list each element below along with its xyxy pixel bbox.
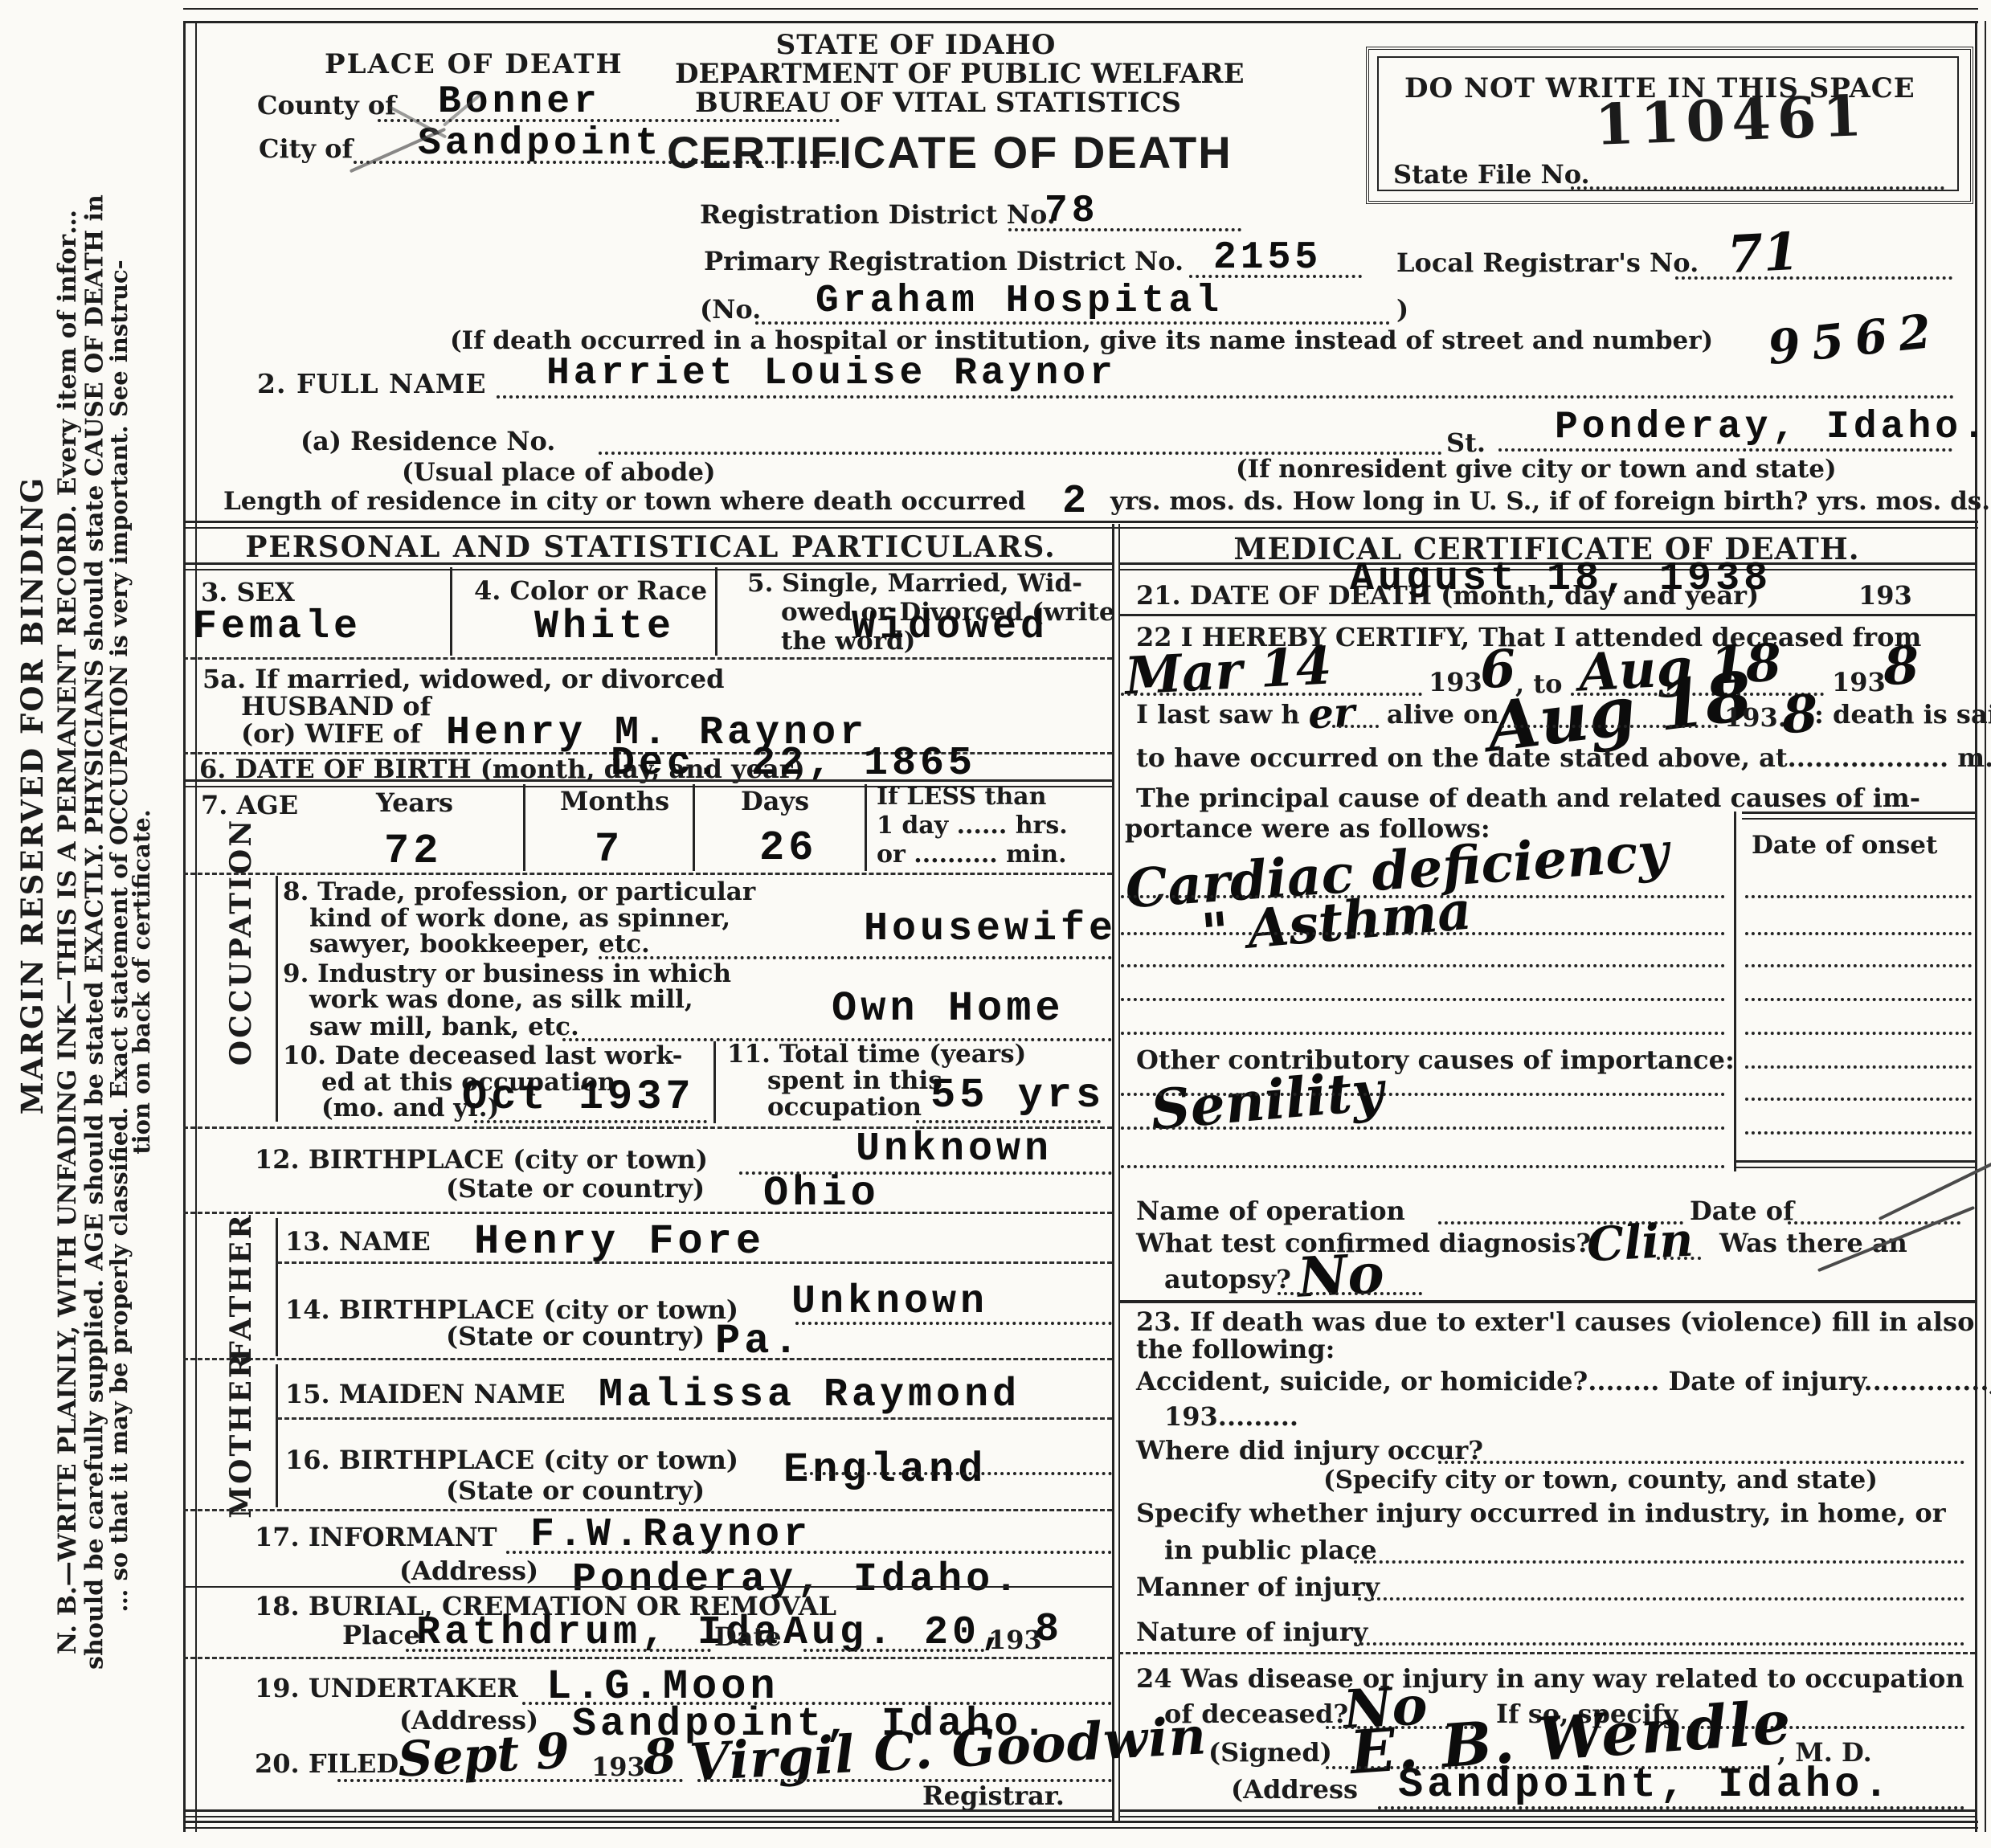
onset-line-5	[1745, 1032, 1972, 1035]
abode-note: (Usual place of abode)	[402, 460, 716, 486]
column-divider-right	[1118, 524, 1120, 1821]
informant-address-label: (Address)	[399, 1557, 538, 1585]
frame-left-inner	[195, 21, 197, 1832]
item11-label-2: spent in this	[767, 1068, 942, 1094]
residence-label: (a) Residence No.	[300, 427, 555, 456]
hospital-close: )	[1396, 296, 1408, 324]
last-saw-label-3: : death is said	[1814, 701, 1991, 729]
specify-injury-label-2: in public place	[1164, 1536, 1377, 1564]
mother-birthplace-line	[803, 1472, 1112, 1475]
county-label: County of	[257, 92, 396, 120]
primary-district-line	[1189, 275, 1362, 278]
mother-maiden-value: Malissa Raymond	[599, 1372, 1020, 1418]
frame-right	[1975, 21, 1977, 1832]
cause-line-2	[1121, 932, 1725, 935]
rule-under-23	[1118, 1652, 1975, 1654]
item9-label-2: work was done, as silk mill,	[309, 987, 693, 1013]
nature-of-injury-line	[1354, 1642, 1964, 1646]
sex-label: 3. SEX	[201, 579, 295, 607]
race-marital-divider	[715, 567, 717, 656]
autopsy-label-2: autopsy?	[1164, 1265, 1291, 1294]
onset-line-4	[1745, 998, 1972, 1001]
filed-year-printed: 193	[591, 1753, 645, 1781]
item10-line	[474, 1120, 707, 1123]
burial-date-label: Date	[714, 1623, 782, 1651]
nonresident-note: (If nonresident give city or town and st…	[1236, 456, 1837, 483]
birthplace-value: Unknown	[856, 1126, 1053, 1172]
attended-from-handwriting: Mar 14	[1123, 636, 1333, 706]
manner-of-injury-line	[1358, 1597, 1964, 1601]
rule-under-12	[183, 1212, 1112, 1214]
item9-label-1: 9. Industry or business in which	[283, 961, 731, 987]
residence-value-line	[1498, 448, 1952, 452]
onset-header-rule	[1742, 812, 1975, 820]
contributory-line-3	[1121, 1165, 1725, 1168]
reg-district-value: 78	[1045, 190, 1099, 233]
item10-value: Oct 1937	[462, 1073, 695, 1121]
length-residence-value: 2	[1062, 479, 1090, 525]
birthplace-label: 12. BIRTHPLACE (city or town)	[255, 1146, 708, 1174]
age-less-label-3: or .......... min.	[877, 842, 1067, 868]
father-bracket	[276, 1218, 278, 1356]
medical-bottom-rule	[1118, 1809, 1975, 1817]
onset-bottom-rule	[1734, 1160, 1975, 1168]
occupation-bracket	[276, 876, 278, 1122]
birthplace-state-label: (State or country)	[446, 1175, 705, 1203]
principal-cause-label-1: The principal cause of death and related…	[1136, 784, 1920, 812]
left-column-bottom-rule	[183, 1809, 1112, 1817]
mother-bracket	[276, 1364, 278, 1507]
frame-top-outer	[183, 8, 1978, 10]
section-divider	[183, 521, 1978, 529]
onset-line-7	[1745, 1098, 1972, 1101]
father-name-label: 13. NAME	[285, 1228, 431, 1256]
state-file-label: State File No.	[1393, 161, 1590, 189]
hospital-note: (If death occurred in a hospital or inst…	[450, 328, 1713, 354]
item11-label-1: 11. Total time (years)	[727, 1041, 1026, 1068]
reg-district-line	[1008, 228, 1241, 231]
item10-11-divider	[713, 1041, 716, 1123]
marital-value: Widowed	[852, 604, 1049, 650]
signed-label: (Signed)	[1208, 1739, 1332, 1767]
rule-under-17	[183, 1586, 1112, 1588]
external-causes-label-2: the following:	[1136, 1335, 1335, 1364]
state-file-line	[1571, 186, 1944, 190]
attended-from-line	[1121, 693, 1422, 696]
margin-note-line2: N. B.—WRITE PLAINLY, WITH UNFADING INK—T…	[53, 210, 82, 1654]
margin-binding-note: MARGIN RESERVED FOR BINDING	[14, 476, 50, 1115]
attended-to-year-printed: 193	[1832, 668, 1886, 697]
age-years-label: Years	[376, 789, 453, 817]
city-label: City of	[259, 135, 353, 163]
attended-to-year-handwriting: 8	[1882, 636, 1920, 697]
contributory-line-2	[1121, 1126, 1725, 1130]
mother-maiden-label: 15. MAIDEN NAME	[285, 1380, 565, 1408]
burial-year-typed: 8	[1035, 1607, 1063, 1653]
age-years-value: 72	[384, 828, 442, 875]
occurred-line: to have occurred on the date stated abov…	[1136, 744, 1991, 772]
sex-value: Female	[193, 604, 362, 650]
father-state-label: (State or country)	[446, 1323, 705, 1351]
where-injury-note: (Specify city or town, county, and state…	[1323, 1467, 1878, 1494]
marital-label-1: 5. Single, Married, Wid-	[747, 570, 1082, 597]
wife-of-label: (or) WIFE of	[241, 720, 421, 748]
rule-under-row5	[183, 657, 1112, 660]
public-place-line	[1354, 1560, 1964, 1564]
occupation-related-label-1: 24 Was disease or injury in any way rela…	[1136, 1665, 1964, 1693]
column-divider-left	[1112, 524, 1114, 1821]
date-of-death-value: August 18, 1938	[1350, 556, 1772, 602]
reg-district-label: Registration District No.	[700, 201, 1056, 229]
onset-line-2	[1745, 932, 1972, 935]
rule-under-13	[277, 1261, 1112, 1264]
test-line	[1657, 1257, 1701, 1260]
onset-line-8	[1745, 1131, 1972, 1135]
father-birthplace-value: Unknown	[791, 1279, 988, 1325]
undertaker-label: 19. UNDERTAKER	[255, 1674, 518, 1703]
last-saw-her-line	[1332, 725, 1379, 728]
rule-under-16	[183, 1509, 1112, 1511]
informant-label: 17. INFORMANT	[255, 1523, 497, 1552]
local-registrar-line	[1675, 276, 1952, 280]
rule-under-21	[1118, 614, 1975, 616]
hospital-open: (No.	[700, 296, 761, 324]
age-months-label: Months	[560, 787, 669, 816]
mother-birthplace-label: 16. BIRTHPLACE (city or town)	[285, 1446, 738, 1474]
contributory-label: Other contributory causes of importance:	[1136, 1046, 1735, 1074]
date-of-onset-label: Date of onset	[1752, 832, 1937, 859]
rule-under-14	[183, 1358, 1112, 1360]
full-name-label: 2. FULL NAME	[257, 370, 487, 399]
cause-line-5	[1121, 1032, 1725, 1035]
autopsy-line	[1278, 1292, 1422, 1295]
age-divider-1	[523, 784, 525, 871]
residence-st-label: St.	[1446, 429, 1486, 457]
item11-value: 55 yrs	[930, 1072, 1105, 1119]
onset-line-6	[1745, 1065, 1972, 1069]
occupation-side-label: OCCUPATION	[224, 818, 258, 1065]
state-title: STATE OF IDAHO	[715, 31, 1117, 60]
specify-injury-label-1: Specify whether injury occurred in indus…	[1136, 1499, 1946, 1527]
rule-under-18	[183, 1657, 1112, 1659]
hospital-value: Graham Hospital	[816, 280, 1223, 323]
father-birthplace-label: 14. BIRTHPLACE (city or town)	[285, 1296, 738, 1324]
test-handwriting: Clin	[1585, 1212, 1695, 1273]
length-residence-label: Length of residence in city or town wher…	[223, 489, 1025, 515]
registrar-label: Registrar.	[922, 1782, 1065, 1810]
physician-address-label: (Address	[1231, 1776, 1358, 1804]
last-saw-date-line	[1501, 725, 1718, 728]
operation-label: Name of operation	[1136, 1197, 1405, 1225]
sex-race-divider	[450, 567, 452, 656]
full-name-line	[497, 395, 1955, 399]
last-saw-her-handwriting: er	[1306, 689, 1355, 738]
age-label: 7. AGE	[201, 791, 298, 820]
primary-district-value: 2155	[1213, 236, 1322, 280]
last-saw-label-2: alive on	[1387, 701, 1499, 729]
county-value: Bonner	[438, 80, 601, 124]
frame-right-outer	[1985, 21, 1986, 1832]
length-residence-tail: yrs. mos. ds. How long in U. S., if of f…	[1110, 489, 1990, 515]
mother-birthplace-value: England	[783, 1446, 987, 1494]
filed-year-handwriting: 8	[641, 1728, 677, 1786]
corner-number: 9562	[1765, 303, 1944, 375]
birthplace-state-value: Ohio	[763, 1170, 880, 1217]
where-injury-line	[1438, 1461, 1964, 1464]
rule-under-age	[183, 873, 1112, 875]
external-causes-label-1: 23. If death was due to exter'l causes (…	[1136, 1308, 1974, 1336]
race-value: White	[534, 604, 675, 650]
item8-label-2: kind of work done, as spinner,	[309, 906, 730, 932]
father-name-value: Henry Fore	[474, 1218, 765, 1265]
burial-place-label: Place	[342, 1621, 420, 1650]
bureau-title: BUREAU OF VITAL STATISTICS	[695, 88, 1137, 118]
age-months-value: 7	[595, 826, 623, 873]
frame-top	[183, 21, 1978, 23]
operation-date-label: Date of	[1690, 1197, 1794, 1225]
full-name-value: Harriet Louise Raynor	[546, 352, 1117, 395]
cause-line-4	[1121, 998, 1725, 1001]
race-label: 4. Color or Race	[474, 577, 707, 605]
onset-line-3	[1745, 964, 1972, 967]
certificate-title: CERTIFICATE OF DEATH	[667, 129, 1165, 177]
file-number-stamp: 110461	[1594, 85, 1870, 155]
age-divider-3	[865, 784, 867, 871]
age-divider-2	[693, 784, 695, 871]
injury-year-line: 193.........	[1164, 1403, 1298, 1431]
item8-value: Housewife	[864, 906, 1117, 952]
cause-line-3	[1121, 964, 1725, 967]
death-certificate-scan: MARGIN RESERVED FOR BINDING N. B.—WRITE …	[0, 0, 1991, 1848]
mother-state-label: (State or country)	[446, 1477, 705, 1505]
rule-under-15	[277, 1417, 1112, 1420]
filed-line	[337, 1779, 683, 1782]
age-days-label: Days	[741, 787, 809, 816]
last-saw-year-printed: 193.	[1724, 704, 1787, 732]
rule-under-autopsy	[1118, 1300, 1975, 1303]
last-saw-label-1: I last saw h	[1136, 701, 1300, 729]
residence-value: Ponderay, Idaho.	[1555, 406, 1989, 449]
item10-label-1: 10. Date deceased last work-	[283, 1043, 682, 1069]
item8-label-3: sawyer, bookkeeper, etc.	[309, 931, 650, 958]
married-widowed-label: 5a. If married, widowed, or divorced	[202, 665, 725, 693]
burial-year-printed: 193	[988, 1626, 1042, 1654]
item11-line	[916, 1120, 1101, 1123]
frame-left-outer	[183, 21, 186, 1832]
physician-address-value: Sandpoint, Idaho.	[1398, 1761, 1893, 1809]
age-days-value: 26	[759, 824, 817, 872]
hospital-line	[755, 321, 1390, 325]
husband-of-label: HUSBAND of	[241, 693, 431, 721]
item11-label-3: occupation	[767, 1094, 922, 1121]
informant-line	[506, 1551, 1112, 1554]
margin-note-line5: tion on back of certificate.	[128, 809, 155, 1155]
age-less-label-1: If LESS than	[877, 784, 1046, 810]
primary-district-label: Primary Registration District No.	[704, 247, 1184, 276]
attended-from-year-printed: 193	[1429, 668, 1482, 697]
manner-of-injury-label: Manner of injury	[1136, 1573, 1380, 1601]
burial-place-line	[406, 1649, 711, 1652]
age-less-label-2: 1 day ...... hrs.	[877, 813, 1068, 839]
item9-value: Own Home	[832, 985, 1065, 1032]
burial-date-line	[803, 1649, 984, 1652]
date-of-death-year-printed: 193	[1858, 582, 1912, 610]
place-of-death-title: PLACE OF DEATH	[325, 50, 623, 80]
where-injury-label: Where did injury occur?	[1136, 1437, 1483, 1465]
department-title: DEPARTMENT OF PUBLIC WELFARE	[675, 59, 1157, 89]
onset-column-divider	[1734, 812, 1736, 1171]
nature-of-injury-label: Nature of injury	[1136, 1618, 1368, 1646]
item9-label-3: saw mill, bank, etc.	[309, 1014, 579, 1041]
father-birthplace-line	[795, 1322, 1112, 1325]
onset-line-1	[1745, 895, 1972, 898]
local-registrar-label: Local Registrar's No.	[1396, 249, 1699, 277]
filed-label: 20. FILED	[255, 1750, 399, 1778]
mother-side-label: MOTHER	[224, 1351, 258, 1518]
accident-line: Accident, suicide, or homicide?........ …	[1136, 1368, 1991, 1396]
father-side-label: FATHER	[224, 1212, 258, 1362]
contributory-line-1	[1121, 1093, 1725, 1096]
frame-bottom	[183, 1821, 1978, 1829]
personal-section-title: PERSONAL AND STATISTICAL PARTICULARS.	[233, 532, 1069, 563]
occupation-related-label-2: of deceased?	[1164, 1700, 1348, 1728]
city-value: Sandpoint	[418, 122, 662, 166]
item8-label-1: 8. Trade, profession, or particular	[283, 879, 755, 906]
